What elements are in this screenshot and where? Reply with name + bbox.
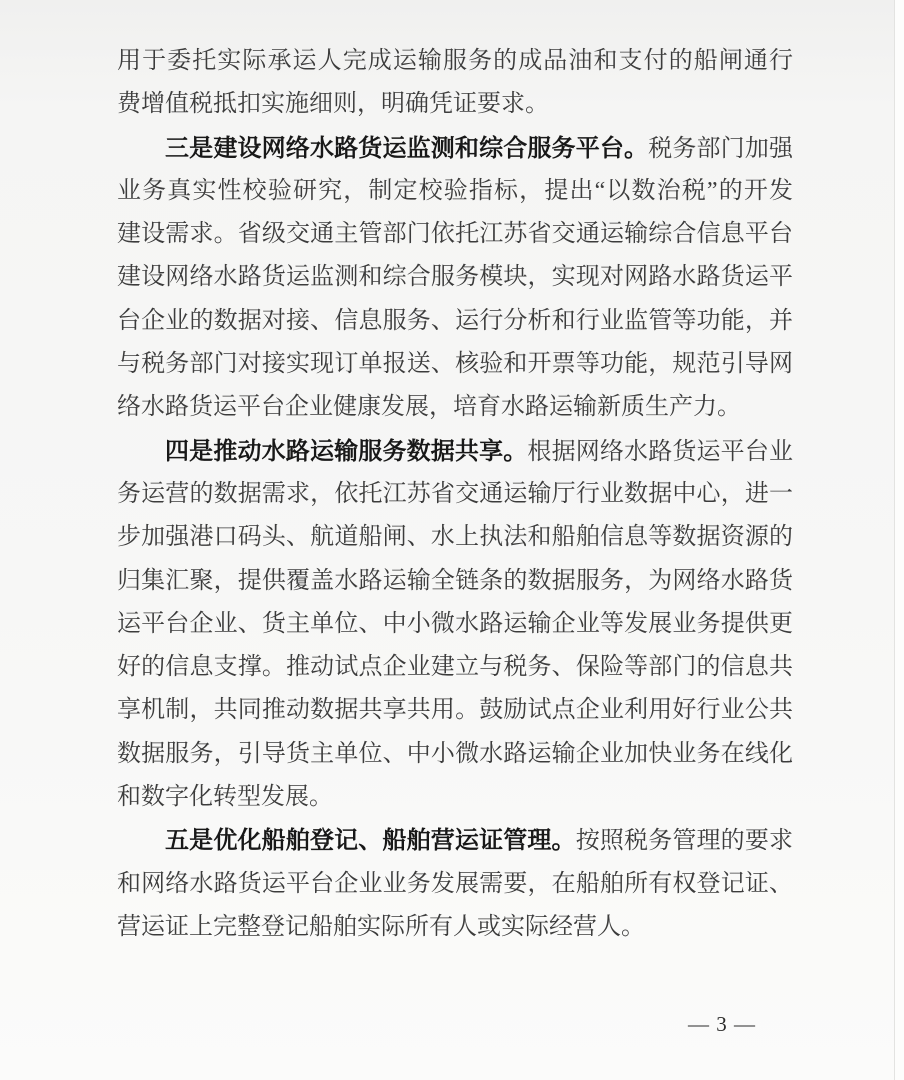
body-text: 数据服务，引导货主单位、中小微水路运输企业加快业务在线化: [117, 741, 793, 767]
body-text: 与税务部门对接实现订单报送、核验和开票等功能，规范引导网: [117, 351, 793, 377]
body-text: 按照税务管理的要求: [576, 828, 793, 854]
body-text: 用于委托实际承运人完成运输服务的成品油和支付的船闸通行: [117, 48, 793, 74]
body-text: 和数字化转型发展。: [117, 784, 333, 810]
text-line: 营运证上完整登记船舶实际所有人或实际经营人。: [117, 906, 793, 949]
text-line: 五是优化船舶登记、船舶营运证管理。按照税务管理的要求: [117, 819, 793, 862]
body-text: 业务真实性校验研究，制定校验指标，提出“以数治税”的开发: [117, 178, 793, 204]
text-line: 台企业的数据对接、信息服务、运行分析和行业监管等功能，并: [117, 300, 793, 343]
text-line: 和数字化转型发展。: [117, 776, 793, 819]
bold-lead-text: 五是优化船舶登记、船舶营运证管理。: [165, 827, 576, 854]
text-line: 享机制，共同推动数据共享共用。鼓励试点企业利用好行业公共: [117, 689, 793, 732]
text-line: 运平台企业、货主单位、中小微水路运输企业等发展业务提供更: [117, 603, 793, 646]
body-text: 务运营的数据需求，依托江苏省交通运输厅行业数据中心，进一: [117, 481, 793, 507]
bold-lead-text: 三是建设网络水路货运监测和综合服务平台。: [165, 135, 648, 162]
text-line: 建设需求。省级交通主管部门依托江苏省交通运输综合信息平台: [117, 213, 793, 256]
text-line: 好的信息支撑。推动试点企业建立与税务、保险等部门的信息共: [117, 646, 793, 689]
body-text: 步加强港口码头、航道船闸、水上执法和船舶信息等数据资源的: [117, 524, 793, 550]
scan-edge: [894, 0, 904, 1080]
text-line: 数据服务，引导货主单位、中小微水路运输企业加快业务在线化: [117, 733, 793, 776]
body-text: 费增值税抵扣实施细则，明确凭证要求。: [117, 91, 549, 117]
body-text: 建设需求。省级交通主管部门依托江苏省交通运输综合信息平台: [117, 221, 793, 247]
body-text: 好的信息支撑。推动试点企业建立与税务、保险等部门的信息共: [117, 654, 793, 680]
document-body: 用于委托实际承运人完成运输服务的成品油和支付的船闸通行费增值税抵扣实施细则，明确…: [117, 40, 793, 949]
body-text: 享机制，共同推动数据共享共用。鼓励试点企业利用好行业公共: [117, 697, 793, 723]
body-text: 根据网络水路货运平台业: [527, 439, 793, 465]
text-line: 费增值税抵扣实施细则，明确凭证要求。: [117, 83, 793, 126]
body-text: 台企业的数据对接、信息服务、运行分析和行业监管等功能，并: [117, 308, 793, 334]
body-text: 营运证上完整登记船舶实际所有人或实际经营人。: [117, 914, 645, 940]
text-line: 三是建设网络水路货运监测和综合服务平台。税务部门加强: [117, 127, 793, 170]
text-line: 用于委托实际承运人完成运输服务的成品油和支付的船闸通行: [117, 40, 793, 83]
page-number: — 3 —: [688, 1012, 808, 1037]
body-text: 归集汇聚，提供覆盖水路运输全链条的数据服务，为网络水路货: [117, 568, 793, 594]
text-line: 与税务部门对接实现订单报送、核验和开票等功能，规范引导网: [117, 343, 793, 386]
text-line: 建设网络水路货运监测和综合服务模块，实现对网路水路货运平: [117, 256, 793, 299]
body-text: 税务部门加强: [648, 136, 793, 162]
body-text: 运平台企业、货主单位、中小微水路运输企业等发展业务提供更: [117, 611, 793, 637]
bold-lead-text: 四是推动水路运输服务数据共享。: [165, 438, 527, 465]
text-line: 四是推动水路运输服务数据共享。根据网络水路货运平台业: [117, 430, 793, 473]
body-text: 络水路货运平台企业健康发展，培育水路运输新质生产力。: [117, 394, 741, 420]
text-line: 归集汇聚，提供覆盖水路运输全链条的数据服务，为网络水路货: [117, 560, 793, 603]
text-line: 业务真实性校验研究，制定校验指标，提出“以数治税”的开发: [117, 170, 793, 213]
text-line: 和网络水路货运平台企业业务发展需要，在船舶所有权登记证、: [117, 863, 793, 906]
text-line: 步加强港口码头、航道船闸、水上执法和船舶信息等数据资源的: [117, 516, 793, 559]
text-line: 络水路货运平台企业健康发展，培育水路运输新质生产力。: [117, 386, 793, 429]
body-text: 建设网络水路货运监测和综合服务模块，实现对网路水路货运平: [117, 264, 793, 290]
body-text: 和网络水路货运平台企业业务发展需要，在船舶所有权登记证、: [117, 871, 793, 897]
text-line: 务运营的数据需求，依托江苏省交通运输厅行业数据中心，进一: [117, 473, 793, 516]
document-page: 用于委托实际承运人完成运输服务的成品油和支付的船闸通行费增值税抵扣实施细则，明确…: [0, 0, 904, 1080]
